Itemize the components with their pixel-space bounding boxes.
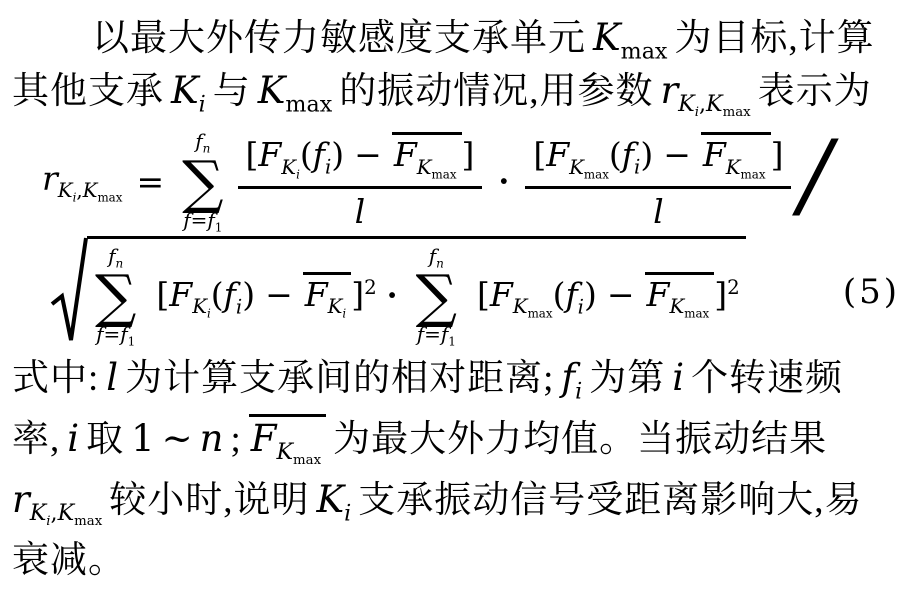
math-sub: Kmax [569, 157, 609, 179]
math-sub: i [199, 91, 206, 117]
math-var: f [120, 322, 127, 346]
math-punct: ] [771, 135, 784, 174]
math-var: f [183, 208, 190, 232]
math-var: K [192, 295, 207, 318]
mean-overline: FKmax [645, 272, 715, 321]
math-var: K [328, 295, 343, 318]
math-sub: 1 [128, 335, 136, 349]
math-var: f [207, 208, 214, 232]
math-var: F [703, 135, 726, 174]
math-n: n [200, 417, 224, 460]
squared-term-2: [FKmax(fi)−FKmax]2 [477, 272, 740, 321]
math-var: K [30, 500, 47, 526]
summation: fn ∑ f=f1 [182, 130, 223, 233]
cjk-text: 为目标,计算 [674, 18, 874, 59]
math-sub: Ki [281, 157, 300, 179]
math-subsub: max [97, 191, 122, 205]
math-var: K [678, 91, 695, 117]
math-sub: i [575, 378, 582, 404]
math-var: F [394, 135, 417, 174]
math-var: K [276, 439, 293, 465]
math-var: K [513, 295, 528, 318]
cjk-text: 的振动情况,用参数 [339, 71, 653, 112]
math-i: i [672, 356, 684, 399]
math-var: f [561, 356, 575, 399]
cjk-text: 取 [86, 419, 124, 460]
math-var: f [565, 275, 577, 314]
math-var: F [169, 275, 192, 314]
math-var: K [669, 295, 684, 318]
math-K-i: Ki [171, 71, 206, 112]
cjk-text: 当振动结果 [637, 419, 827, 460]
math-punct: [ [533, 135, 546, 174]
math-punct: ] [351, 275, 364, 314]
math-var: K [569, 156, 584, 179]
cjk-text: 衰减。 [12, 540, 126, 581]
mean-overline: FKmax [701, 132, 771, 181]
math-K-i: Ki [317, 480, 352, 521]
squared-term-1: [FKi(fi)−FKi]2 [156, 272, 376, 321]
math-punct: = [424, 322, 441, 346]
math-sub: max [285, 91, 332, 117]
lhs-r-symbol: rKi,Kmax [42, 159, 122, 205]
math-sub: max [621, 38, 668, 64]
math-var: F [546, 135, 569, 174]
math-var: K [593, 16, 621, 59]
cjk-text: 支承振动信号受距离影响大,易 [358, 480, 862, 521]
math-punct: ) [640, 135, 653, 174]
math-punct: , [699, 91, 706, 117]
sum-lower-limit: f=f1 [96, 323, 135, 348]
cjk-text: 表示为 [758, 71, 872, 112]
math-sub: Kmax [276, 439, 321, 464]
math-subsub: max [528, 307, 553, 321]
explanation-line-3: rKi,Kmax较小时,说明Ki支承振动信号受距离影响大,易 [12, 470, 908, 531]
math-var: K [726, 156, 741, 179]
math-punct: ] [714, 275, 727, 314]
summation: fn ∑ f=f1 [416, 245, 457, 348]
math-subsub: max [741, 167, 766, 181]
math-sub: i [344, 500, 351, 526]
math-sub: Ki,Kmax [678, 91, 751, 116]
multiplication-dot: · [387, 278, 398, 314]
explanation-line-4: 衰减。 [12, 531, 908, 591]
math-punct: ) [584, 275, 597, 314]
math-var: r [42, 159, 58, 198]
cjk-text: 较小时,说明 [109, 480, 309, 521]
multiplication-dot: · [498, 164, 509, 200]
math-K-max: Kmax [593, 18, 667, 59]
math-sub: Kmax [417, 157, 457, 179]
math-var: K [258, 69, 286, 112]
math-subsub: max [723, 105, 751, 120]
sigma-icon: ∑ [182, 155, 223, 209]
math-sup: 2 [727, 276, 740, 299]
minus-sign: − [663, 135, 691, 174]
math-var: K [58, 500, 75, 526]
math-subsub: max [432, 167, 457, 181]
summation: fn ∑ f=f1 [95, 245, 136, 348]
minus-sign: − [354, 135, 382, 174]
math-var: K [83, 179, 98, 202]
fraction-2: [FKmax(fi)−FKmax] l [525, 132, 791, 231]
equation-5-line-1: rKi,Kmax = fn ∑ f=f1 [FKi(fi)−FKmax] l ·… [42, 128, 908, 236]
cjk-text: 为最大外力均值。 [333, 419, 637, 460]
mean-overline: FKmax [392, 132, 462, 181]
explanation-paragraph: 式中:l为计算支承间的相对距离;fi为第i个转速频 率,i取1~n;FKmax为… [12, 348, 908, 591]
mean-overline: FKmax [249, 414, 326, 468]
math-sub: Kmax [669, 296, 709, 318]
math-sub: 1 [448, 335, 456, 349]
math-punct: = [104, 322, 121, 346]
math-var: K [171, 69, 199, 112]
math-l: l [106, 356, 118, 399]
math-var: F [258, 135, 281, 174]
math-var: f [313, 135, 325, 174]
math-subsub: max [293, 453, 321, 468]
page: 以最大外传力敏感度支承单元Kmax为目标,计算 其他支承Ki与Kmax的振动情况… [0, 0, 920, 596]
sqrt-content: fn ∑ f=f1 [FKi(fi)−FKi]2 · fn ∑ f=f1 [FK… [87, 236, 746, 348]
math-var: K [317, 478, 345, 521]
square-root: fn ∑ f=f1 [FKi(fi)−FKi]2 · fn ∑ f=f1 [FK… [50, 236, 746, 348]
cjk-text: 个转速频 [691, 358, 843, 399]
mean-overline: FKi [303, 272, 351, 321]
sigma-icon: ∑ [416, 269, 457, 323]
math-subsub: max [584, 167, 609, 181]
math-f-i: fi [561, 358, 582, 399]
math-num: 1 [131, 417, 155, 460]
math-subsub: max [74, 514, 102, 529]
math-sub: Ki [192, 296, 211, 318]
intro-line-1: 以最大外传力敏感度支承单元Kmax为目标,计算 [12, 12, 908, 65]
math-var: K [281, 156, 296, 179]
math-subsub: i [342, 307, 346, 321]
math-var: f [96, 322, 103, 346]
cjk-text: ; [231, 419, 242, 460]
math-var: F [251, 417, 277, 460]
math-punct: [ [156, 275, 169, 314]
cjk-text: 率, [12, 419, 60, 460]
math-punct: ( [211, 275, 224, 314]
math-sub: Ki,Kmax [30, 500, 103, 525]
cjk-text: 为计算支承间的相对距离; [125, 358, 554, 399]
tilde-sign: ~ [162, 417, 193, 460]
cjk-text: 与 [213, 71, 251, 112]
big-slash: / [799, 141, 831, 212]
math-sub: Kmax [726, 157, 766, 179]
math-sub: Ki,Kmax [58, 180, 123, 202]
math-var: F [647, 275, 670, 314]
math-r-KiKmax: rKi,Kmax [660, 71, 750, 112]
math-sub: Kmax [513, 296, 553, 318]
minus-sign: − [265, 275, 293, 314]
intro-paragraph: 以最大外传力敏感度支承单元Kmax为目标,计算 其他支承Ki与Kmax的振动情况… [12, 12, 908, 120]
fraction-denominator: l [653, 189, 664, 231]
sigma-icon: ∑ [95, 269, 136, 323]
cjk-text: 为第 [589, 358, 665, 399]
cjk-text: 以最大外传力敏感度支承单元 [92, 18, 586, 59]
cjk-text: 其他支承 [12, 71, 164, 112]
math-punct: ( [609, 135, 622, 174]
math-punct: ) [242, 275, 255, 314]
math-var: K [417, 156, 432, 179]
math-punct: [ [477, 275, 490, 314]
math-punct: ) [331, 135, 344, 174]
math-r-KiKmax: rKi,Kmax [12, 480, 102, 521]
sum-lower-limit: f=f1 [417, 323, 456, 348]
minus-sign: − [607, 275, 635, 314]
math-punct: = [191, 208, 208, 232]
math-punct: ] [462, 135, 475, 174]
math-punct: ( [300, 135, 313, 174]
math-var: f [417, 322, 424, 346]
math-var: K [58, 179, 73, 202]
equals-sign: = [136, 162, 164, 201]
math-sup: 2 [364, 276, 377, 299]
fraction-denominator: l [355, 189, 366, 231]
math-i: i [67, 417, 79, 460]
math-K-max: Kmax [258, 71, 332, 112]
intro-line-2: 其他支承Ki与Kmax的振动情况,用参数rKi,Kmax表示为 [12, 65, 908, 120]
math-punct: ( [553, 275, 566, 314]
equation-5-line-2: fn ∑ f=f1 [FKi(fi)−FKi]2 · fn ∑ f=f1 [FK… [50, 236, 900, 348]
math-var: r [12, 478, 30, 521]
sum-lower-limit: f=f1 [183, 209, 222, 234]
fraction-1: [FKi(fi)−FKmax] l [238, 132, 483, 231]
fraction-numerator: [FKi(fi)−FKmax] [238, 132, 483, 189]
math-var: f [622, 135, 634, 174]
math-punct: , [51, 500, 58, 526]
radical-icon [50, 236, 88, 348]
fraction-numerator: [FKmax(fi)−FKmax] [525, 132, 791, 189]
cjk-text: 式中: [12, 358, 99, 399]
math-sub: Ki [328, 296, 347, 318]
math-var: F [490, 275, 513, 314]
explanation-line-1: 式中:l为计算支承间的相对距离;fi为第i个转速频 [12, 348, 908, 409]
math-var: f [224, 275, 236, 314]
math-subsub: max [684, 307, 709, 321]
math-var: K [706, 91, 723, 117]
equation-number: (5) [843, 272, 900, 312]
math-var: r [660, 69, 678, 112]
explanation-line-2: 率,i取1~n;FKmax为最大外力均值。当振动结果 [12, 409, 908, 470]
math-var: F [305, 275, 328, 314]
math-punct: [ [246, 135, 259, 174]
math-sub: 1 [215, 220, 223, 234]
